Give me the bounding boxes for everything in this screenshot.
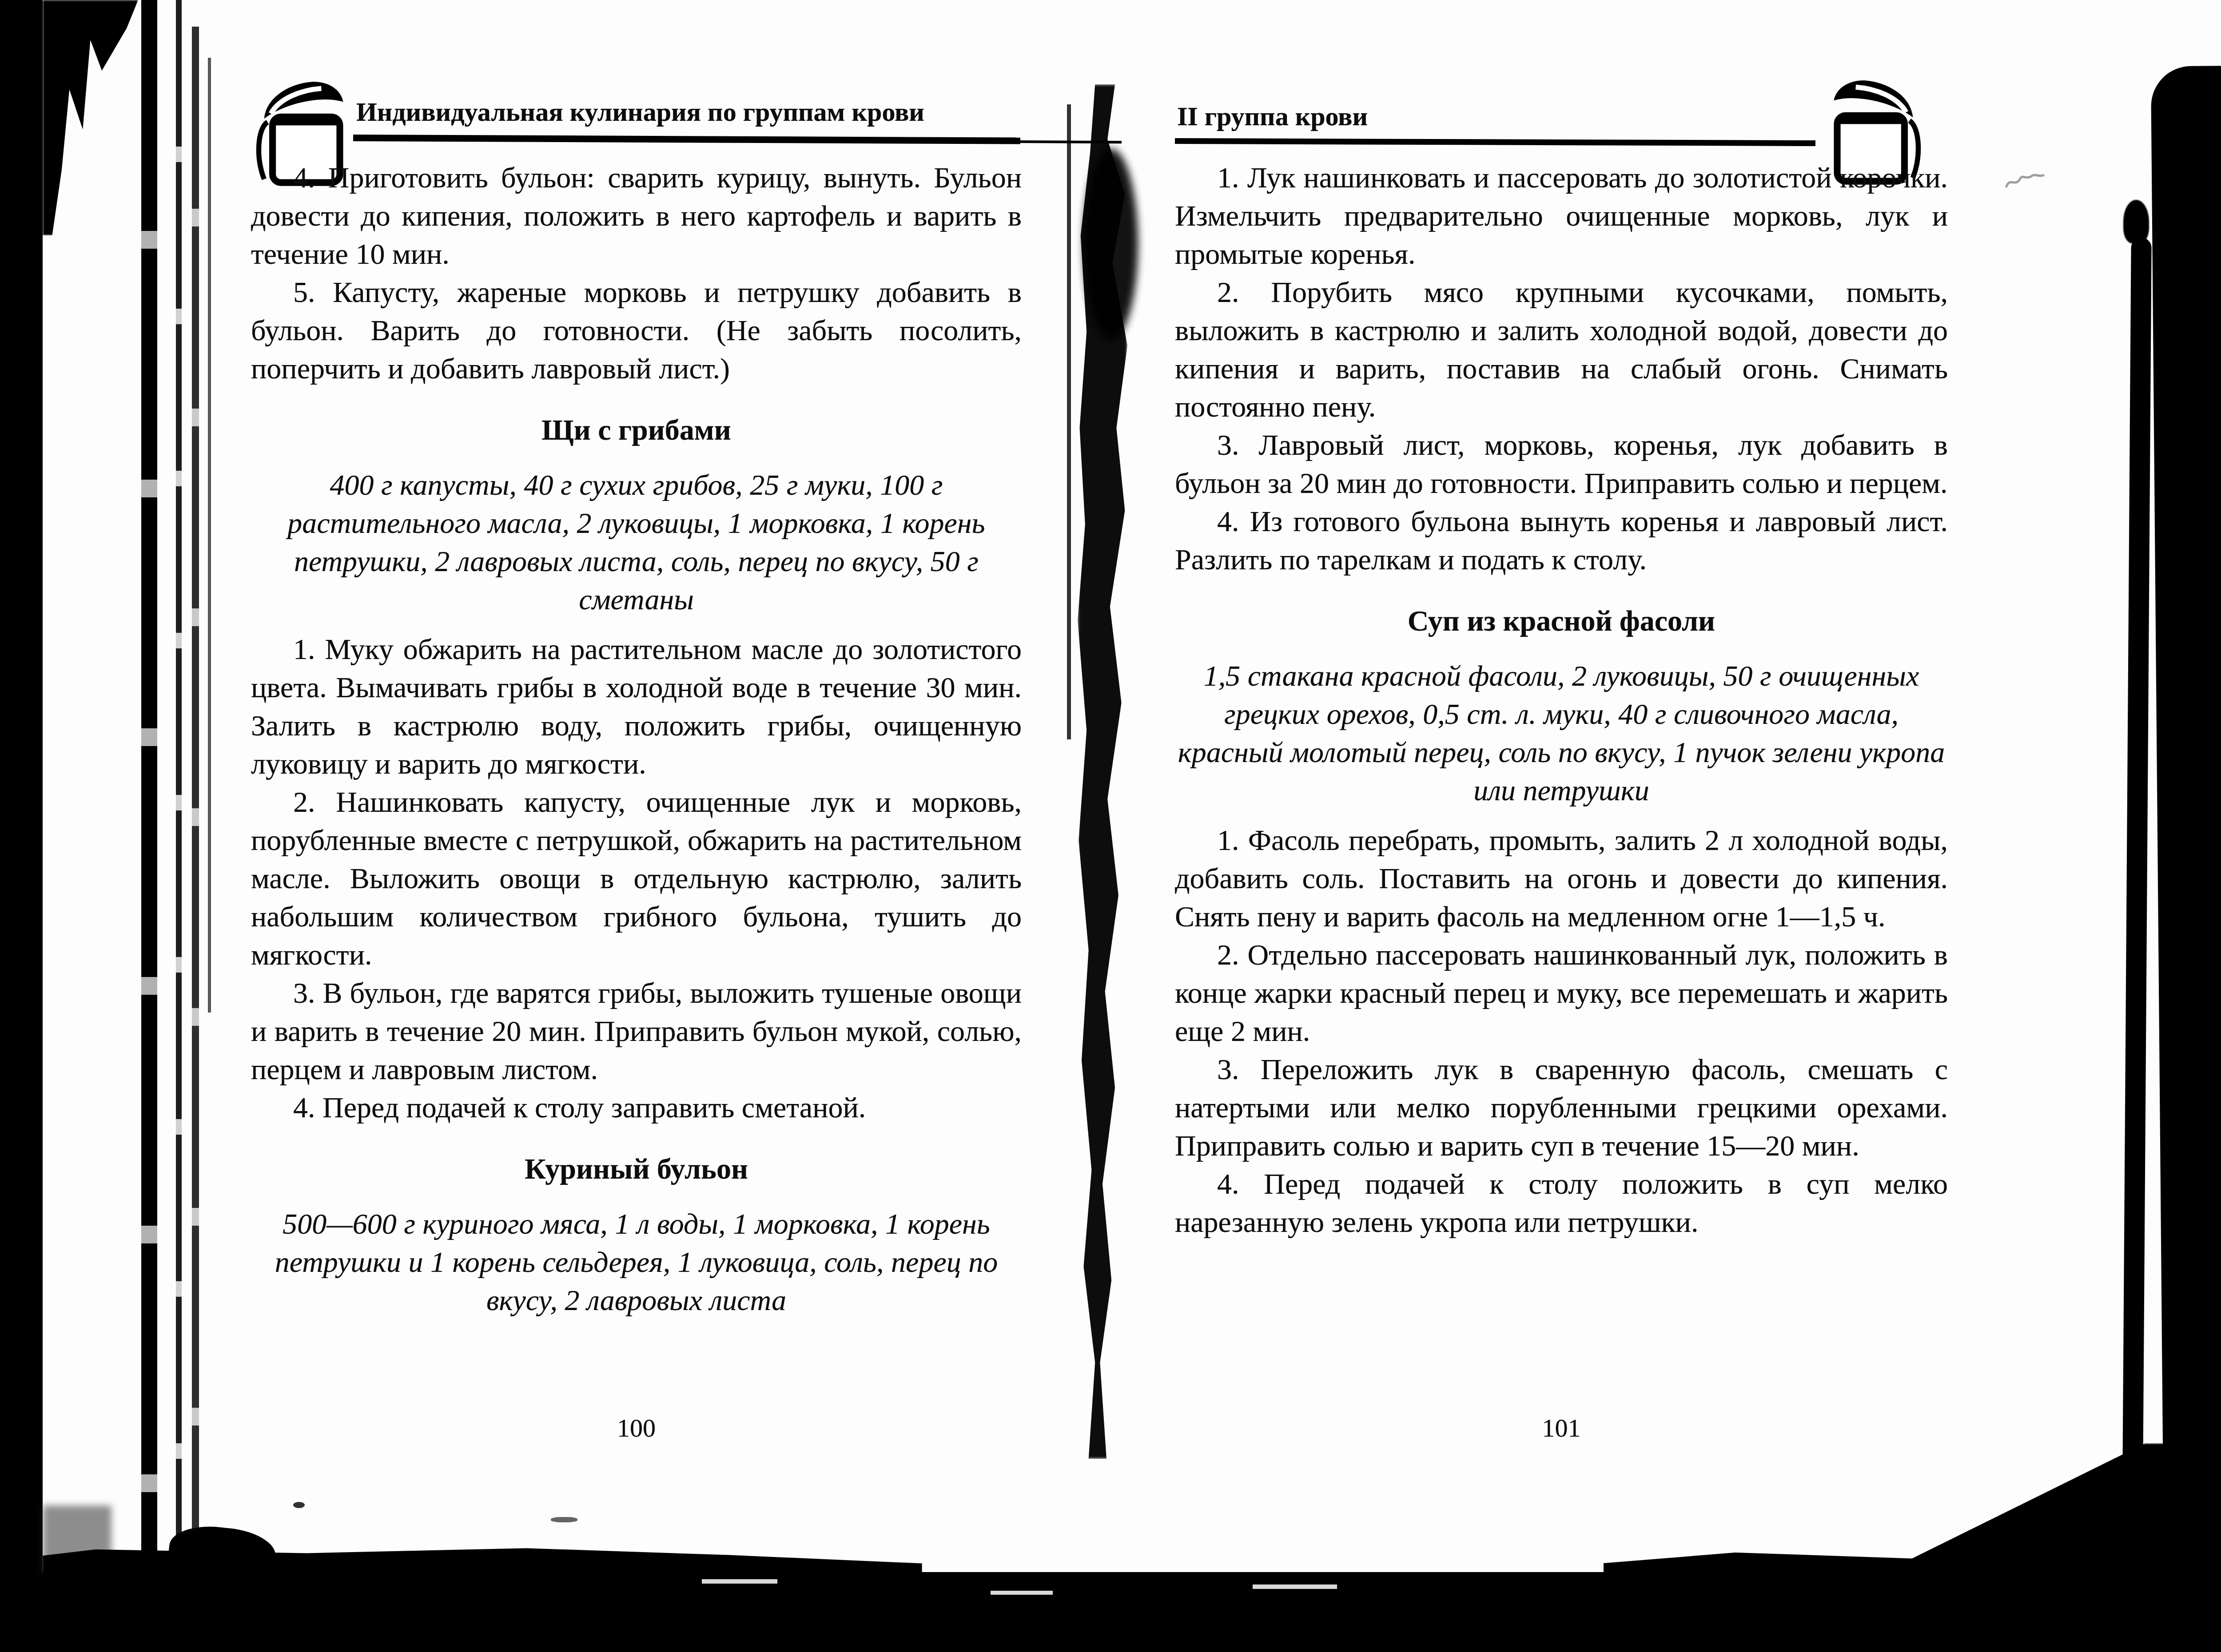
recipe-step: 3. Лавровый лист, морковь, коренья, лук … bbox=[1175, 426, 1948, 503]
recipe-title: Щи с грибами bbox=[251, 411, 1022, 449]
page-number-right: 101 bbox=[1175, 1413, 1948, 1443]
scan-right-blob bbox=[2151, 65, 2221, 1501]
header-rule-left bbox=[353, 135, 1020, 144]
scan-stripe bbox=[208, 58, 211, 1013]
recipe-title: Суп из красной фасоли bbox=[1175, 602, 1948, 640]
recipe-title: Куриный бульон bbox=[251, 1150, 1022, 1188]
pen-scribble-mark bbox=[2004, 169, 2046, 196]
recipe-step: 2. Порубить мясо крупными кусочками, пом… bbox=[1175, 274, 1948, 426]
scan-speck bbox=[293, 1502, 305, 1508]
scan-speck bbox=[551, 1517, 577, 1522]
recipe-step: 1. Фасоль перебрать, промыть, залить 2 л… bbox=[1175, 822, 1948, 936]
ingredients-block: 500—600 г куриного мяса, 1 л воды, 1 мор… bbox=[251, 1205, 1022, 1320]
recipe-step: 2. Отдельно пассеровать нашинкованный лу… bbox=[1175, 936, 1948, 1051]
scan-bottom-strip bbox=[1604, 1542, 2221, 1577]
scan-white-gap bbox=[991, 1591, 1053, 1595]
recipe-step: 4. Из готового бульона вынуть коренья и … bbox=[1175, 503, 1948, 579]
recipe-step: 2. Нашинковать капусту, очищенные лук и … bbox=[251, 783, 1022, 974]
recipe-step: 1. Лук нашинковать и пассеровать до золо… bbox=[1175, 159, 1948, 274]
header-rule-right bbox=[1175, 138, 1815, 146]
gutter-fold-line bbox=[1067, 104, 1071, 739]
book-scan: Индивидуальная кулинария по группам кров… bbox=[0, 0, 2221, 1652]
right-page-text-column: 1. Лук нашинковать и пассеровать до золо… bbox=[1175, 159, 1948, 1242]
scan-stripe bbox=[141, 0, 157, 1581]
recipe-step: 4. Перед подачей к столу заправить смета… bbox=[251, 1089, 1022, 1127]
recipe-step: 4. Приготовить бульон: сварить курицу, в… bbox=[251, 159, 1022, 274]
scan-right-speck bbox=[2123, 200, 2149, 243]
recipe-step: 5. Капусту, жареные морковь и петрушку д… bbox=[251, 274, 1022, 388]
recipe-step: 1. Муку обжарить на растительном масле д… bbox=[251, 631, 1022, 783]
scan-edge-bar bbox=[0, 0, 43, 1652]
recipe-step: 4. Перед подачей к столу положить в суп … bbox=[1175, 1165, 1948, 1242]
scan-bottom-band bbox=[43, 1572, 2221, 1652]
scan-corner-blob bbox=[43, 0, 138, 235]
running-head-right: II группа крови bbox=[1177, 101, 1368, 132]
left-page-text-column: 4. Приготовить бульон: сварить курицу, в… bbox=[251, 159, 1022, 1331]
scan-white-gap bbox=[702, 1579, 777, 1584]
ingredients-block: 400 г капусты, 40 г сухих грибов, 25 г м… bbox=[251, 466, 1022, 619]
scan-white-gap bbox=[1253, 1584, 1337, 1589]
gutter-shadow-bulge bbox=[1084, 149, 1138, 340]
scan-stripe bbox=[192, 27, 199, 1563]
recipe-step: 3. Переложить лук в сваренную фасоль, см… bbox=[1175, 1051, 1948, 1165]
recipe-step: 3. В бульон, где варятся грибы, выложить… bbox=[251, 974, 1022, 1089]
ingredients-block: 1,5 стакана красной фасоли, 2 луковицы, … bbox=[1175, 657, 1948, 810]
page-number-left: 100 bbox=[251, 1413, 1022, 1443]
scan-stripe bbox=[176, 0, 182, 1568]
scan-right-streak bbox=[2122, 238, 2151, 1477]
running-head-left: Индивидуальная кулинария по группам кров… bbox=[356, 97, 924, 127]
